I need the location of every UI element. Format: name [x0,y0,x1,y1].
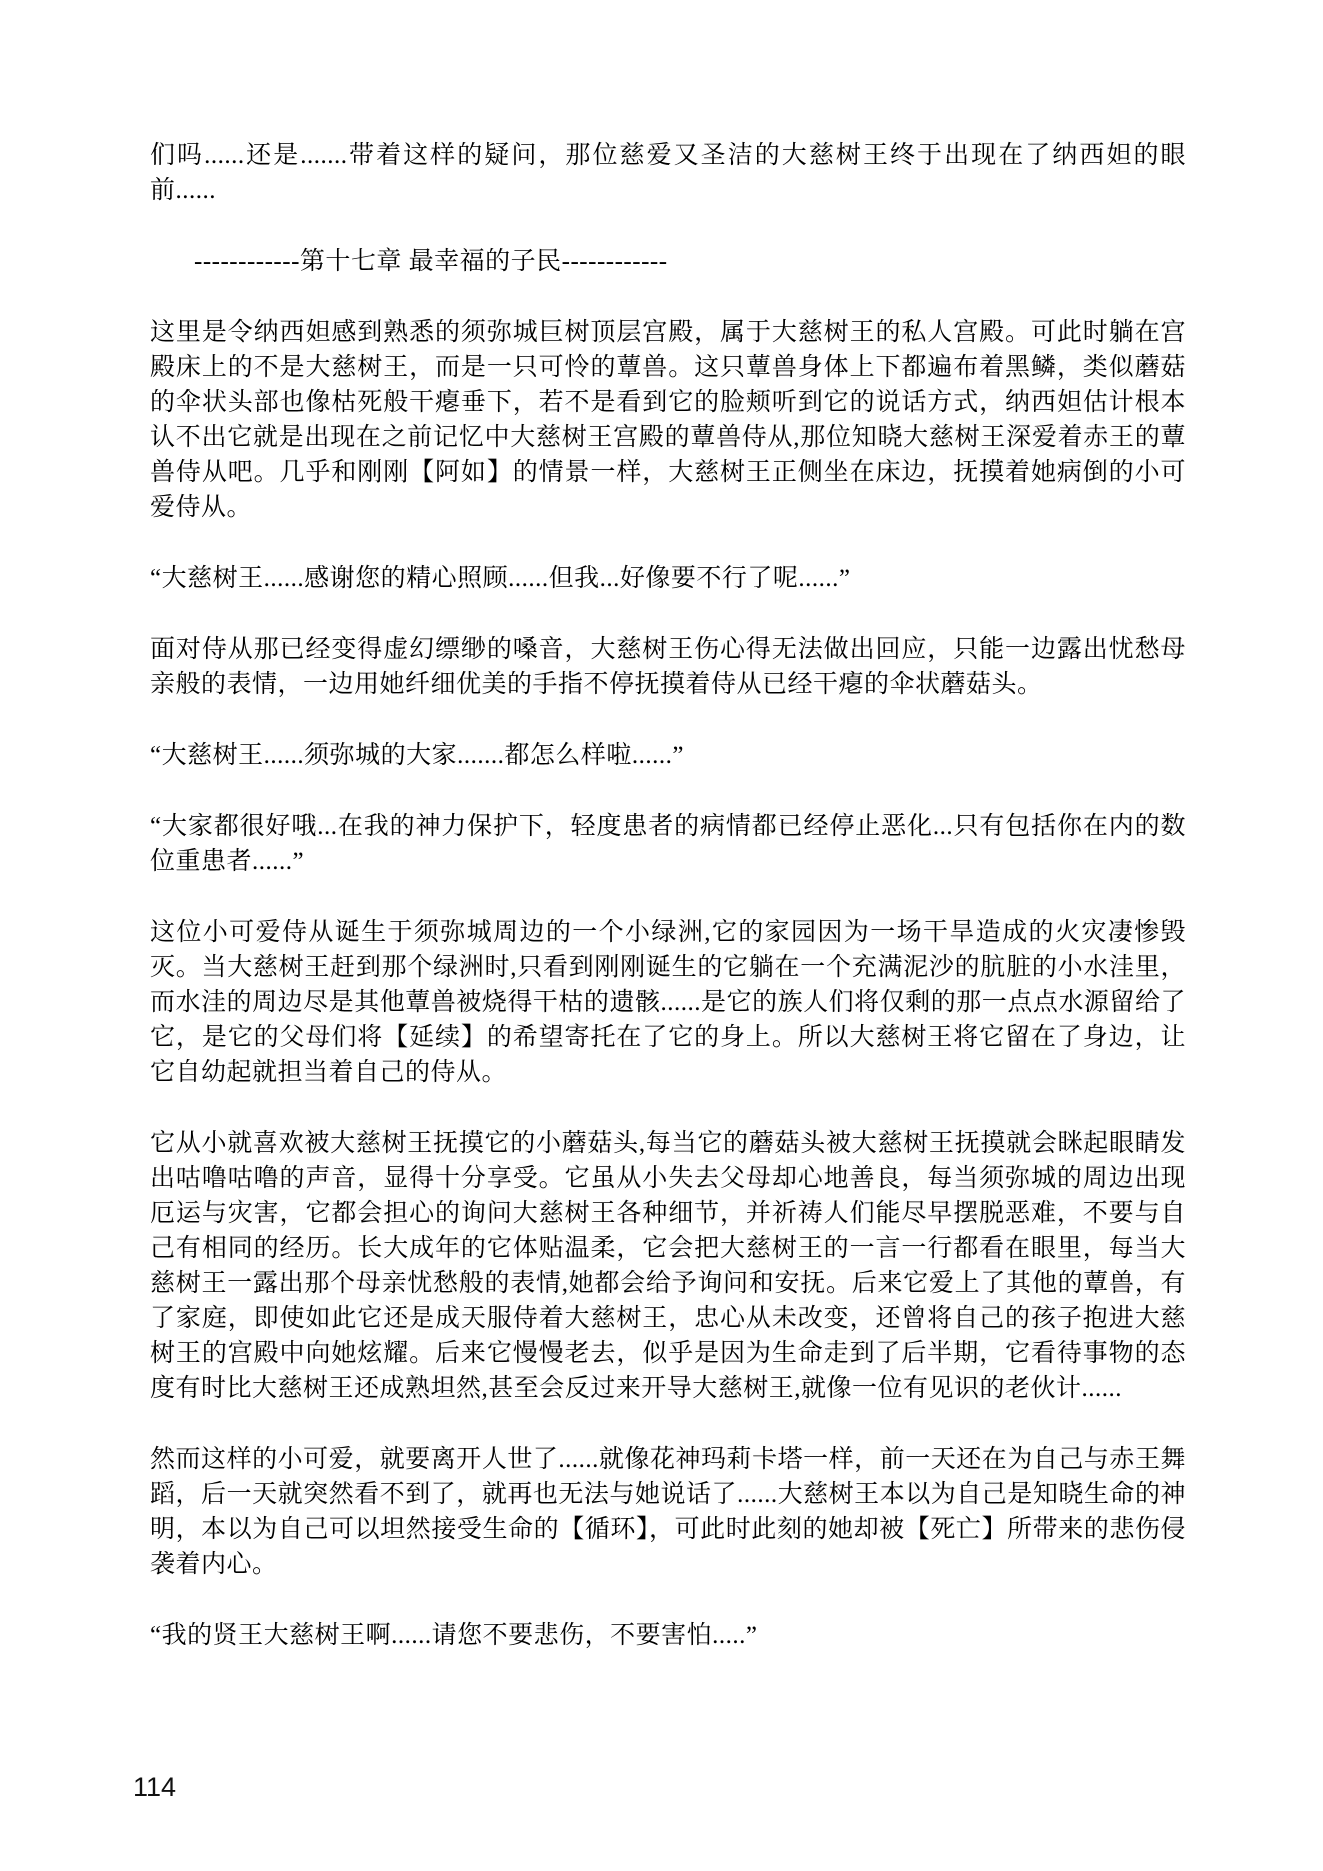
document-content: 们吗......还是.......带着这样的疑问，那位慈爱又圣洁的大慈树王终于出… [150,138,1186,1689]
body-paragraph: 然而这样的小可爱，就要离开人世了......就像花神玛莉卡塔一样，前一天还在为自… [150,1442,1186,1582]
body-paragraph: 这位小可爱侍从诞生于须弥城周边的一个小绿洲,它的家园因为一场干旱造成的火灾凄惨毁… [150,915,1186,1090]
dialogue-paragraph: “大家都很好哦...在我的神力保护下，轻度患者的病情都已经停止恶化...只有包括… [150,809,1186,879]
chapter-heading: ------------第十七章 最幸福的子民------------ [150,244,1186,279]
dialogue-paragraph: “我的贤王大慈树王啊......请您不要悲伤，不要害怕.....” [150,1618,1186,1653]
dialogue-paragraph: “大慈树王......须弥城的大家.......都怎么样啦......” [150,738,1186,773]
page-number: 114 [133,1772,176,1803]
body-paragraph: 面对侍从那已经变得虚幻缥缈的嗓音，大慈树王伤心得无法做出回应，只能一边露出忧愁母… [150,632,1186,702]
body-paragraph: 这里是令纳西妲感到熟悉的须弥城巨树顶层宫殿，属于大慈树王的私人宫殿。可此时躺在宫… [150,315,1186,525]
dialogue-paragraph: “大慈树王......感谢您的精心照顾......但我...好像要不行了呢...… [150,561,1186,596]
body-paragraph: 们吗......还是.......带着这样的疑问，那位慈爱又圣洁的大慈树王终于出… [150,138,1186,208]
document-page: 们吗......还是.......带着这样的疑问，那位慈爱又圣洁的大慈树王终于出… [0,0,1323,1871]
body-paragraph: 它从小就喜欢被大慈树王抚摸它的小蘑菇头,每当它的蘑菇头被大慈树王抚摸就会眯起眼睛… [150,1126,1186,1406]
